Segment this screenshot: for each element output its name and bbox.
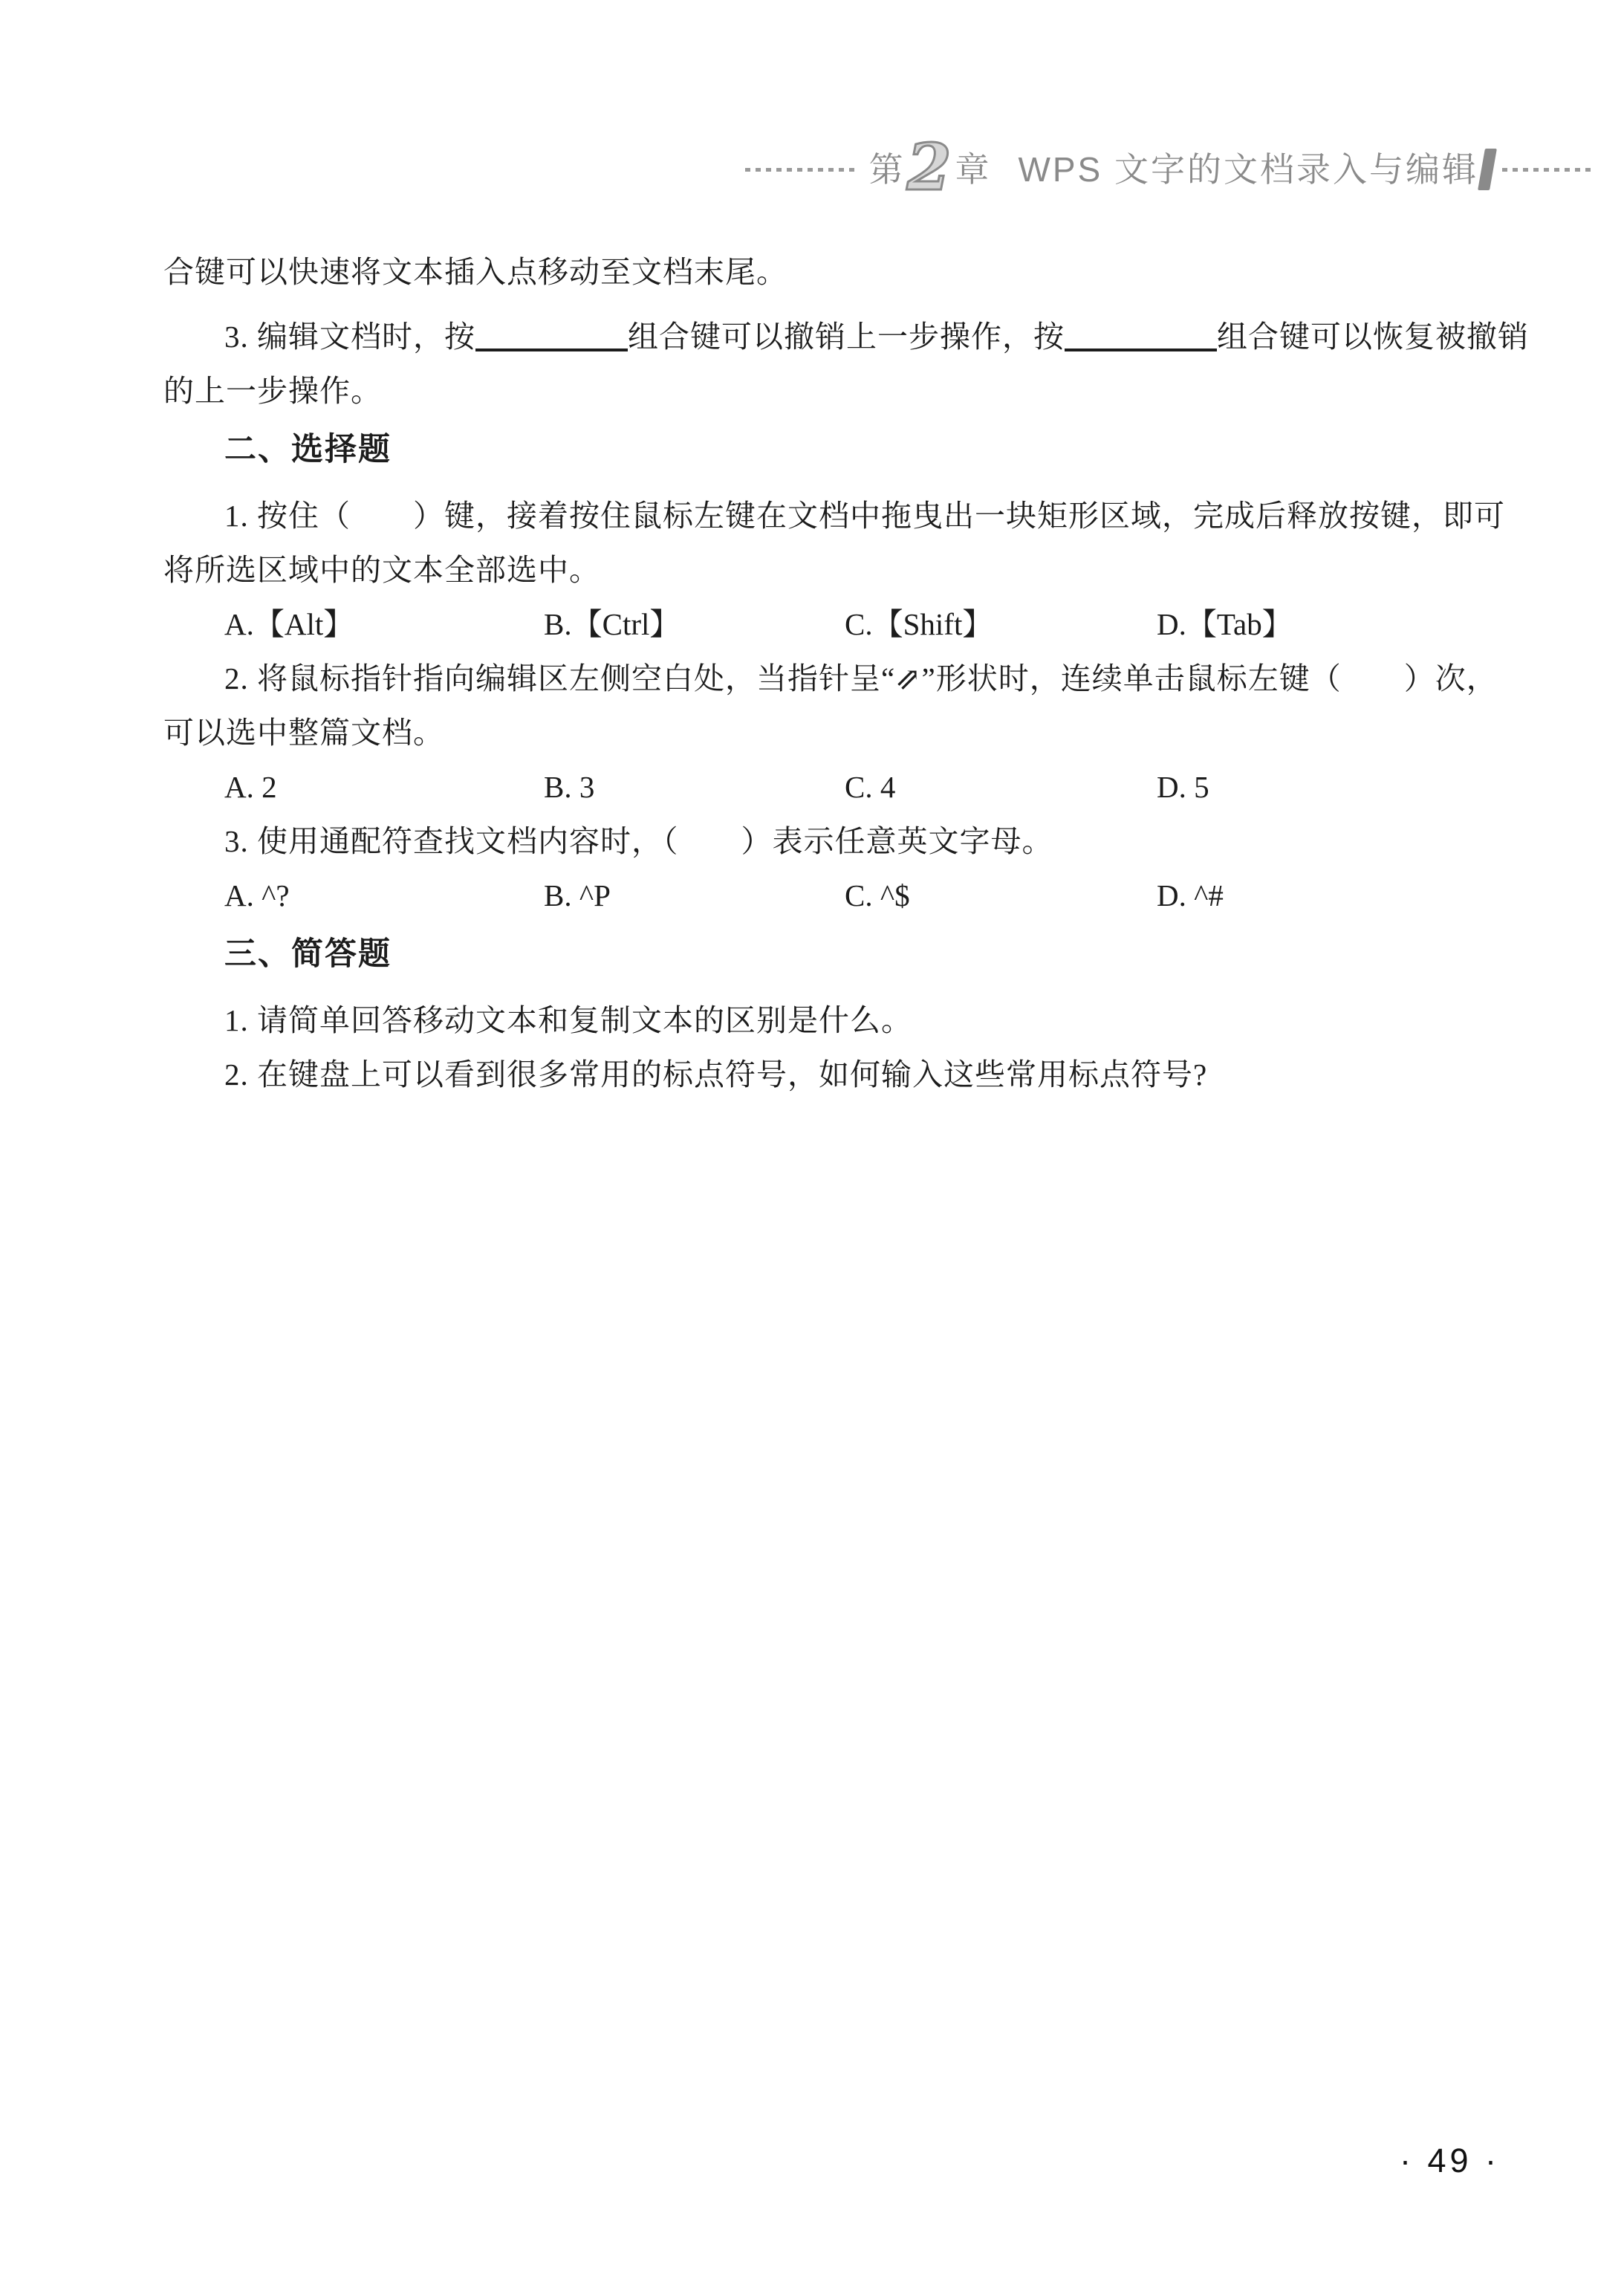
choice-q1-line2: 将所选区域中的文本全部选中。 <box>163 543 1547 597</box>
choice-q3-option-c: C. ^$ <box>845 869 1157 923</box>
short-answer-q2: 2. 在键盘上可以看到很多常用的标点符号，如何输入这些常用标点符号? <box>163 1048 1547 1102</box>
header-dotted-rule-right <box>1502 168 1596 172</box>
blank-underline <box>1065 347 1217 351</box>
chapter-title: WPS 文字的文档录入与编辑 <box>1018 152 1478 187</box>
choice-q2-option-b: B. 3 <box>544 760 845 814</box>
fill-blank-question-line2: 的上一步操作。 <box>163 364 1547 418</box>
page-number: · 49 · <box>1400 2142 1500 2180</box>
choice-q3-options: A. ^? B. ^P C. ^$ D. ^# <box>163 869 1547 923</box>
header-dotted-rule-left <box>745 168 857 172</box>
choice-q2-option-c: C. 4 <box>845 760 1157 814</box>
choice-q1-line1: 1. 按住（ ）键，接着按住鼠标左键在文档中拖曳出一块矩形区域，完成后释放按键，… <box>163 489 1547 543</box>
choice-q2-option-a: A. 2 <box>224 760 544 814</box>
choice-q3-line1: 3. 使用通配符查找文档内容时，（ ）表示任意英文字母。 <box>163 814 1547 869</box>
short-answer-q1: 1. 请简单回答移动文本和复制文本的区别是什么。 <box>163 993 1547 1048</box>
paragraph-continuation: 合键可以快速将文本插入点移动至文档末尾。 <box>163 245 1547 299</box>
choice-q2-line1: 2. 将鼠标指针指向编辑区左侧空白处，当指针呈“⇗”形状时，连续单击鼠标左键（ … <box>163 652 1547 706</box>
section-heading-short-answer: 三、简答题 <box>163 927 1547 982</box>
choice-q2-line2: 可以选中整篇文档。 <box>163 706 1547 760</box>
blank-underline <box>475 347 628 351</box>
choice-q3-option-a: A. ^? <box>224 869 544 923</box>
chapter-number: 2 <box>907 136 952 200</box>
choice-q1-option-c: C.【Shift】 <box>845 597 1157 652</box>
chapter-prefix: 第 <box>869 152 903 187</box>
choice-q2-option-d: D. 5 <box>1157 760 1547 814</box>
choice-q1-options: A.【Alt】 B.【Ctrl】 C.【Shift】 D.【Tab】 <box>163 597 1547 652</box>
fill-segment-1: 3. 编辑文档时，按 <box>224 320 475 354</box>
choice-q3-option-d: D. ^# <box>1157 869 1547 923</box>
chapter-header: 第 2 章 WPS 文字的文档录入与编辑 <box>745 140 1596 199</box>
fill-segment-3: 组合键可以恢复被撤销 <box>1217 320 1529 354</box>
section-heading-multiple-choice: 二、选择题 <box>163 423 1547 477</box>
chapter-suffix: 章 <box>955 152 989 187</box>
header-bar-icon <box>1478 149 1497 190</box>
choice-q1-option-b: B.【Ctrl】 <box>544 597 845 652</box>
fill-blank-question-line1: 3. 编辑文档时，按组合键可以撤销上一步操作，按组合键可以恢复被撤销 <box>163 310 1547 364</box>
choice-q3-option-b: B. ^P <box>544 869 845 923</box>
choice-q1-option-d: D.【Tab】 <box>1157 597 1547 652</box>
choice-q1-option-a: A.【Alt】 <box>224 597 544 652</box>
fill-segment-2: 组合键可以撤销上一步操作，按 <box>628 320 1065 354</box>
page-content: 合键可以快速将文本插入点移动至文档末尾。 3. 编辑文档时，按组合键可以撤销上一… <box>163 245 1547 1102</box>
choice-q2-options: A. 2 B. 3 C. 4 D. 5 <box>163 760 1547 814</box>
